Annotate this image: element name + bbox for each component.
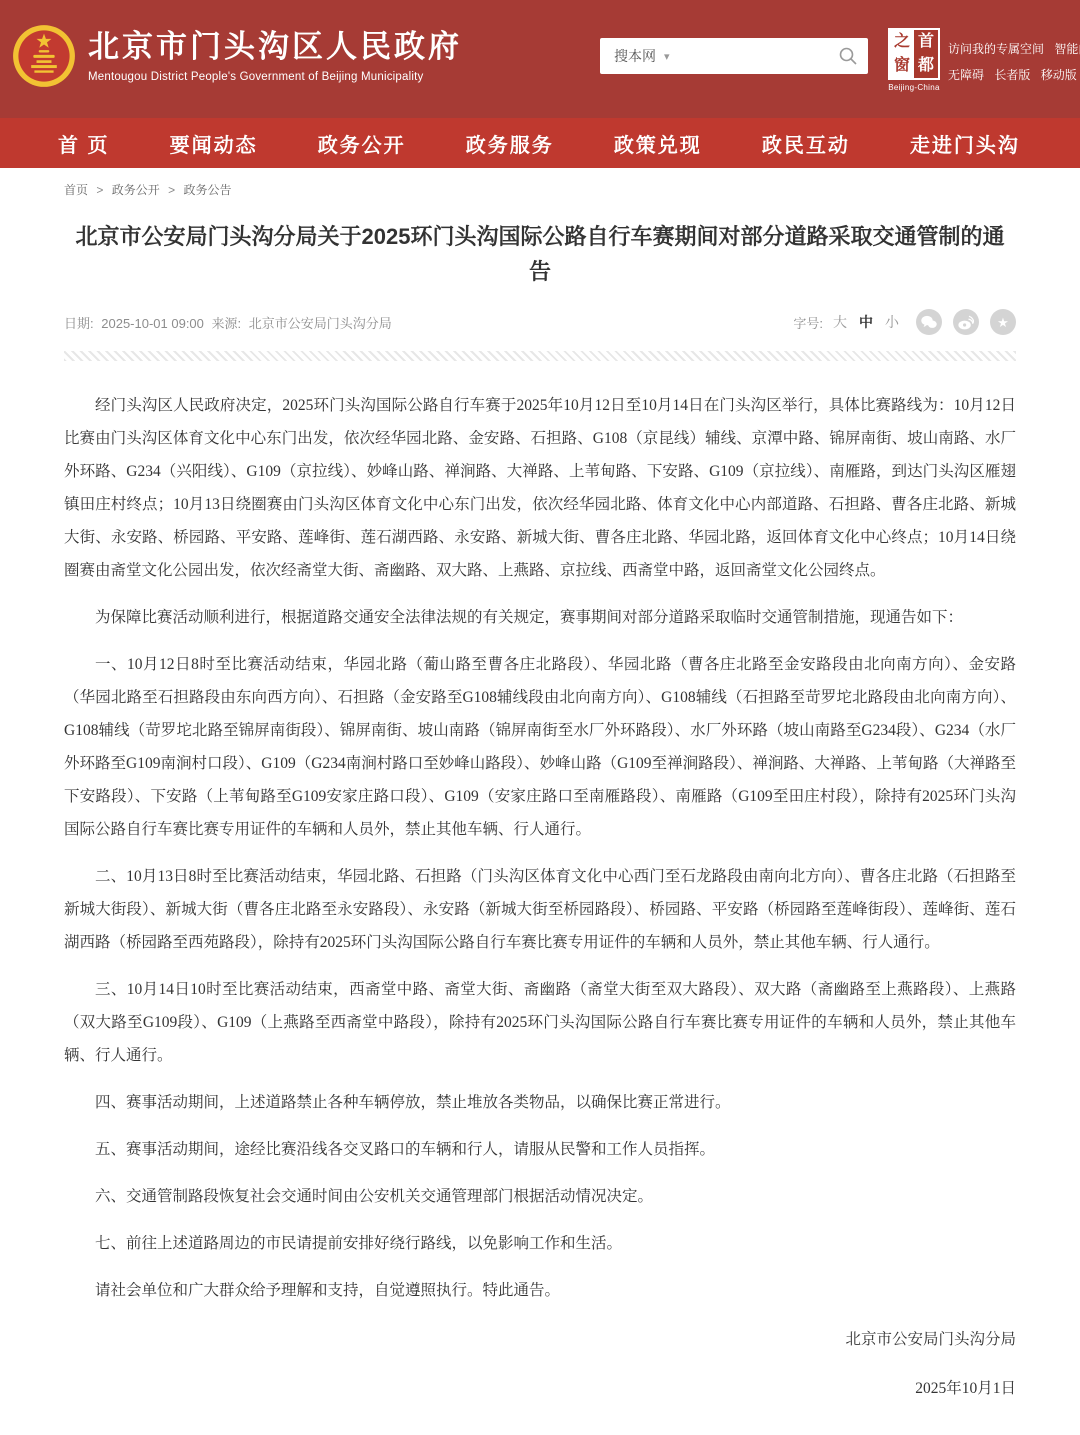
font-size-small[interactable]: 小 bbox=[885, 312, 899, 332]
breadcrumb-separator: > bbox=[168, 183, 175, 197]
header-quick-links: 访问我的专属空间 智能问答 无障碍 长者版 移动版 繁體 bbox=[948, 36, 1080, 88]
article-paragraph: 七、前往上述道路周边的市民请提前安排好绕行路线，以免影响工作和生活。 bbox=[64, 1227, 1016, 1260]
link-my-space[interactable]: 访问我的专属空间 bbox=[948, 42, 1044, 56]
nav-item-gov-services[interactable]: 政务服务 bbox=[466, 129, 554, 158]
article-paragraph: 为保障比赛活动顺利进行，根据道路交通安全法律法规的有关规定，赛事期间对部分道路采… bbox=[64, 601, 1016, 634]
site-brand[interactable]: 北京市门头沟区人民政府 Mentougou District People's … bbox=[12, 24, 462, 88]
article-sign-date: 2025年10月1日 bbox=[64, 1372, 1016, 1435]
article-source: 北京市公安局门头沟分局 bbox=[249, 316, 392, 331]
search-scope-select[interactable]: 搜本网 bbox=[614, 46, 656, 66]
capital-logo-char: 都 bbox=[914, 54, 938, 78]
breadcrumb-gov-info[interactable]: 政务公开 bbox=[112, 183, 160, 197]
weibo-logo-icon bbox=[958, 315, 974, 330]
nav-item-home[interactable]: 首 页 bbox=[58, 129, 110, 158]
capital-logo-caption: Beijing-China bbox=[886, 83, 942, 92]
wechat-bubbles-icon bbox=[921, 315, 937, 329]
main-nav: 首 页 要闻动态 政务公开 政务服务 政策兑现 政民互动 走进门头沟 bbox=[0, 118, 1080, 168]
article-paragraph: 三、10月14日10时至比赛活动结束，西斋堂中路、斋堂大街、斋幽路（斋堂大街至双… bbox=[64, 973, 1016, 1072]
article-meta: 日期: 2025-10-01 09:00 来源: 北京市公安局门头沟分局 bbox=[64, 313, 396, 332]
article-paragraph: 一、10月12日8时至比赛活动结束，华园北路（葡山路至曹各庄北路段）、华园北路（… bbox=[64, 648, 1016, 846]
search-button[interactable] bbox=[838, 46, 868, 66]
article-meta-row: 日期: 2025-10-01 09:00 来源: 北京市公安局门头沟分局 字号:… bbox=[64, 309, 1016, 335]
source-label: 来源: bbox=[212, 316, 242, 331]
article-paragraph: 二、10月13日8时至比赛活动结束，华园北路、石担路（门头沟区体育文化中心西门至… bbox=[64, 860, 1016, 959]
quick-links-row1: 访问我的专属空间 智能问答 bbox=[948, 36, 1080, 62]
search-input[interactable] bbox=[678, 40, 838, 72]
quick-links-row2: 无障碍 长者版 移动版 繁體 bbox=[948, 62, 1080, 88]
site-title: 北京市门头沟区人民政府 bbox=[88, 30, 462, 64]
site-subtitle: Mentougou District People's Government o… bbox=[88, 71, 462, 83]
weibo-share-icon[interactable] bbox=[953, 309, 979, 335]
nav-item-gov-info[interactable]: 政务公开 bbox=[318, 129, 406, 158]
brand-text: 北京市门头沟区人民政府 Mentougou District People's … bbox=[88, 30, 462, 83]
article-paragraph: 请社会单位和广大群众给予理解和支持，自觉遵照执行。特此通告。 bbox=[64, 1274, 1016, 1307]
site-header: 北京市门头沟区人民政府 Mentougou District People's … bbox=[0, 0, 1080, 118]
national-emblem-icon bbox=[12, 24, 76, 88]
article-date: 2025-10-01 09:00 bbox=[101, 316, 204, 331]
font-size-large[interactable]: 大 bbox=[833, 312, 847, 332]
wechat-share-icon[interactable] bbox=[916, 309, 942, 335]
capital-window-logo[interactable]: 之 首 窗 都 Beijing-China bbox=[886, 28, 942, 92]
article-tools: 字号: 大 中 小 ★ bbox=[793, 309, 1016, 335]
site-search: 搜本网 ▾ bbox=[600, 38, 868, 74]
link-elder-version[interactable]: 长者版 bbox=[994, 68, 1030, 82]
capital-logo-char: 之 bbox=[890, 30, 914, 54]
font-size-medium[interactable]: 中 bbox=[859, 312, 873, 332]
capital-logo-char: 窗 bbox=[890, 54, 914, 78]
date-label: 日期: bbox=[64, 316, 94, 331]
article-paragraph: 四、赛事活动期间，上述道路禁止各种车辆停放，禁止堆放各类物品，以确保比赛正常进行… bbox=[64, 1086, 1016, 1119]
nav-item-policy[interactable]: 政策兑现 bbox=[614, 129, 702, 158]
breadcrumb: 首页 > 政务公开 > 政务公告 bbox=[64, 168, 1016, 203]
breadcrumb-separator: > bbox=[96, 183, 103, 197]
chevron-down-icon[interactable]: ▾ bbox=[664, 50, 670, 63]
article-paragraph: 六、交通管制路段恢复社会交通时间由公安机关交通管理部门根据活动情况决定。 bbox=[64, 1180, 1016, 1213]
nav-item-interaction[interactable]: 政民互动 bbox=[762, 129, 850, 158]
article-title: 北京市公安局门头沟分局关于2025环门头沟国际公路自行车赛期间对部分道路采取交通… bbox=[74, 219, 1006, 289]
nav-item-about-mentougou[interactable]: 走进门头沟 bbox=[910, 129, 1020, 158]
font-size-label: 字号: bbox=[793, 313, 823, 332]
article-paragraph: 经门头沟区人民政府决定，2025环门头沟国际公路自行车赛于2025年10月12日… bbox=[64, 389, 1016, 587]
nav-item-news[interactable]: 要闻动态 bbox=[170, 129, 258, 158]
article-paragraph: 五、赛事活动期间，途经比赛沿线各交叉路口的车辆和行人，请服从民警和工作人员指挥。 bbox=[64, 1133, 1016, 1166]
hatched-divider bbox=[64, 351, 1016, 361]
capital-logo-char: 首 bbox=[914, 30, 938, 54]
favorite-icon[interactable]: ★ bbox=[990, 309, 1016, 335]
content-container: 首页 > 政务公开 > 政务公告 北京市公安局门头沟分局关于2025环门头沟国际… bbox=[64, 168, 1016, 1435]
link-accessibility[interactable]: 无障碍 bbox=[948, 68, 984, 82]
breadcrumb-home[interactable]: 首页 bbox=[64, 183, 88, 197]
breadcrumb-gov-notice: 政务公告 bbox=[183, 183, 231, 197]
capital-window-grid-icon: 之 首 窗 都 bbox=[888, 28, 940, 80]
article-signature: 北京市公安局门头沟分局 bbox=[64, 1323, 1016, 1356]
link-smart-qa[interactable]: 智能问答 bbox=[1054, 42, 1080, 56]
search-icon bbox=[838, 46, 858, 66]
link-mobile-version[interactable]: 移动版 bbox=[1041, 68, 1077, 82]
article-body: 经门头沟区人民政府决定，2025环门头沟国际公路自行车赛于2025年10月12日… bbox=[64, 361, 1016, 1435]
